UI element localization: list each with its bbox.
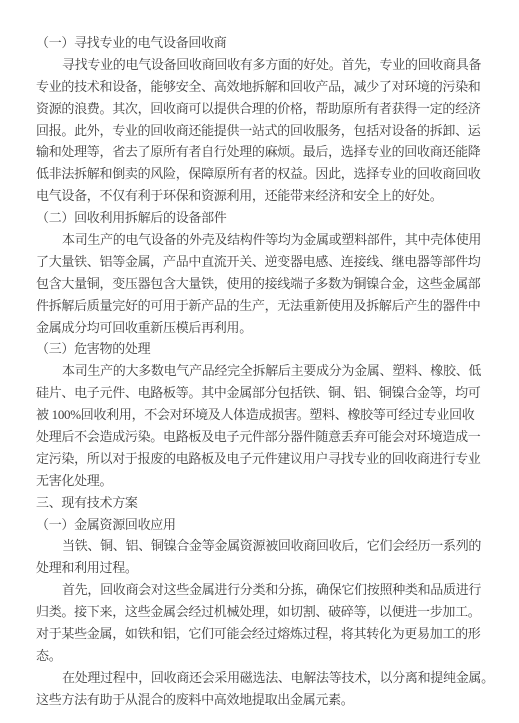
heading-hazardous-disposal: （三）危害物的处理 <box>36 338 493 360</box>
document-page: （一）寻找专业的电气设备回收商 寻找专业的电气设备回收商回收有多方面的好处。首先… <box>0 0 519 723</box>
text-line: 寻找专业的电气设备回收商回收有多方面的好处。首先，专业的回收商具备 <box>36 54 493 76</box>
text-line: 态。 <box>36 645 493 667</box>
text-line: 金属成分均可回收重新压模后再利用。 <box>36 317 493 339</box>
heading-finding-recyclers: （一）寻找专业的电气设备回收商 <box>36 32 493 54</box>
text-line: 这些方法有助于从混合的废料中高效地提取出金属元素。 <box>36 689 493 711</box>
text-line: 了大量铁、铝等金属，产品中直流开关、逆变器电感、连接线、继电器等部件均 <box>36 251 493 273</box>
heading-existing-solutions: 三、现有技术方案 <box>36 492 493 514</box>
text-line: 专业的技术和设备，能够安全、高效地拆解和回收产品，减少了对环境的污染和 <box>36 76 493 98</box>
text-line: 当铁、铜、铝、铜镍合金等金属资源被回收商回收后，它们会经历一系列的 <box>36 535 493 557</box>
heading-reusing-parts: （二）回收利用拆解后的设备部件 <box>36 207 493 229</box>
text-line: 输和处理等，省去了原所有者自行处理的麻烦。最后，选择专业的回收商还能降 <box>36 141 493 163</box>
text-line: 电气设备，不仅有利于环保和资源利用，还能带来经济和安全上的好处。 <box>36 185 493 207</box>
text-line: 归类。接下来，这些金属会经过机械处理，如切割、破碎等，以便进一步加工。 <box>36 601 493 623</box>
text-line: 对于某些金属，如铁和铝，它们可能会经过熔炼过程，将其转化为更易加工的形 <box>36 623 493 645</box>
text-line: 被 100%回收利用，不会对环境及人体造成损害。塑料、橡胶等可经过专业回收 <box>36 404 493 426</box>
text-line: 处理和利用过程。 <box>36 557 493 579</box>
text-line: 处理后不会造成污染。电路板及电子元件部分器件随意丢弃可能会对环境造成一 <box>36 426 493 448</box>
heading-metal-recycling-application: （一）金属资源回收应用 <box>36 514 493 536</box>
text-line: 包含大量铜，变压器包含大量铁，使用的接线端子多数为铜镍合金，这些金属部 <box>36 273 493 295</box>
text-line: 本司生产的电气设备的外壳及结构件等均为金属或塑料部件，其中壳体使用 <box>36 229 493 251</box>
document-body: （一）寻找专业的电气设备回收商 寻找专业的电气设备回收商回收有多方面的好处。首先… <box>36 32 493 711</box>
text-line: 件拆解后质量完好的可用于新产品的生产，无法重新使用及拆解后产生的器件中 <box>36 295 493 317</box>
text-line: 硅片、电子元件、电路板等。其中金属部分包括铁、铜、铝、铜镍合金等，均可 <box>36 382 493 404</box>
text-line: 本司生产的大多数电气产品经完全拆解后主要成分为金属、塑料、橡胶、低 <box>36 360 493 382</box>
text-line: 在处理过程中，回收商还会采用磁选法、电解法等技术，以分离和提纯金属。 <box>36 667 493 689</box>
text-line: 定污染，所以对于报废的电路板及电子元件建议用户寻找专业的回收商进行专业 <box>36 448 493 470</box>
text-line: 回报。此外，专业的回收商还能提供一站式的回收服务，包括对设备的拆卸、运 <box>36 120 493 142</box>
text-line: 资源的浪费。其次，回收商可以提供合理的价格，帮助原所有者获得一定的经济 <box>36 98 493 120</box>
text-line: 首先，回收商会对这些金属进行分类和分拣，确保它们按照种类和品质进行 <box>36 579 493 601</box>
text-line: 低非法拆解和倒卖的风险，保障原所有者的权益。因此，选择专业的回收商回收 <box>36 163 493 185</box>
text-line: 无害化处理。 <box>36 470 493 492</box>
